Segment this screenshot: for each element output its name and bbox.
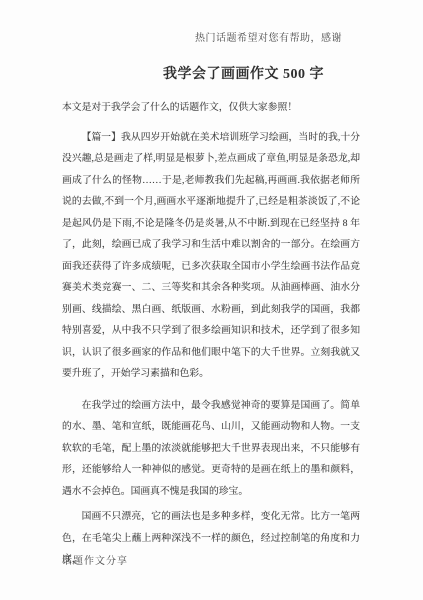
- header-note: 热门话题希望对您有帮助，感谢: [195, 29, 342, 44]
- intro-paragraph: 本文是对于我学会了什么的话题作文，仅供大家参照！: [62, 97, 360, 119]
- page-footer-label: 话题作文分享: [62, 552, 128, 567]
- page-title: 我学会了画画作文 500 字: [163, 63, 324, 83]
- essay-body: 本文是对于我学会了什么的话题作文，仅供大家参照！ 【篇一】我从四岁开始就在美术培…: [62, 97, 360, 571]
- essay-paragraph-1: 【篇一】我从四岁开始就在美术培训班学习绘画，当时的我,十分没兴趣,总是画走了样,…: [62, 127, 360, 385]
- essay-paragraph-2: 在我学过的绘画方法中，最令我感觉神奇的要算是国画了。简单的水、墨、笔和宣纸，既能…: [62, 395, 360, 503]
- document-page: 热门话题希望对您有帮助，感谢 我学会了画画作文 500 字 本文是对于我学会了什…: [0, 0, 423, 600]
